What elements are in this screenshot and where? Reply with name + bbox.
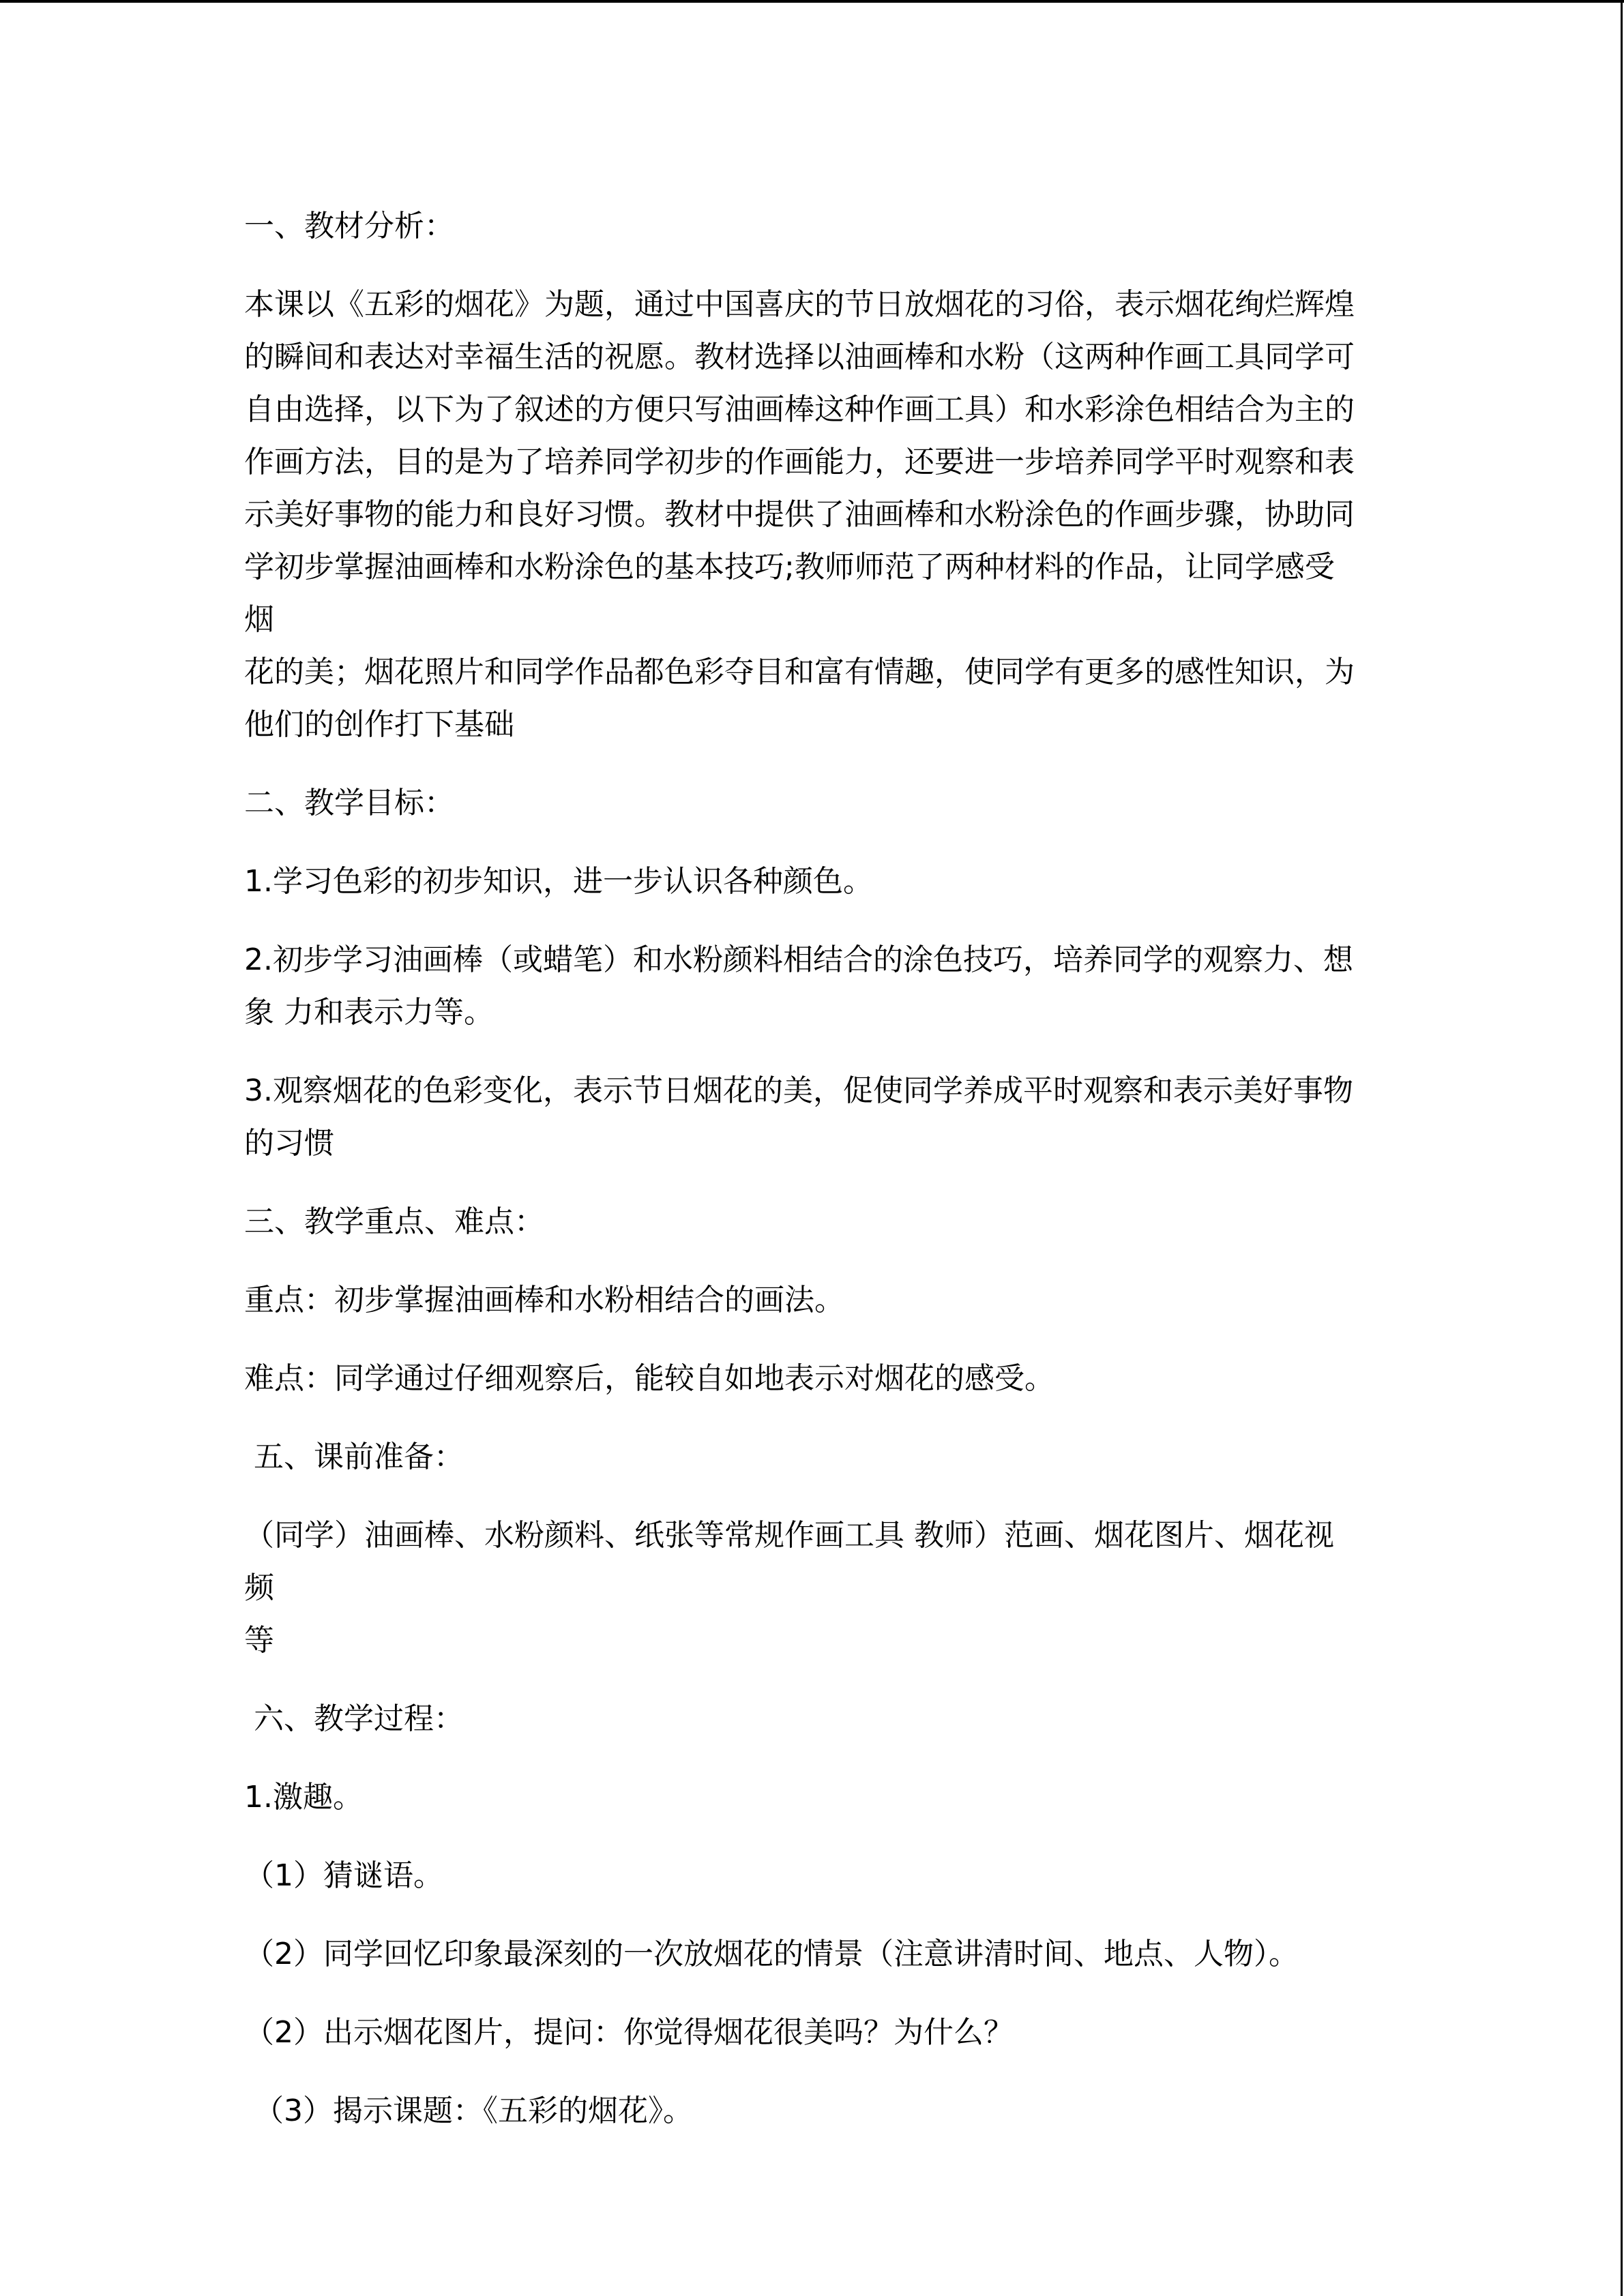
list-item-objective-2: 2.初步学习油画棒（或蜡笔）和水粉颜料相结合的涂色技巧，培养同学的观察力、想 象… xyxy=(244,934,1357,1039)
list-item-process-step-1-3: （3）揭示课题：《五彩的烟花》。 xyxy=(244,2085,1357,2137)
page-right-border xyxy=(1621,0,1623,2296)
section-heading-class-preparation: 五、课前准备： xyxy=(244,1431,1357,1483)
paragraph-key-point: 重点：初步掌握油画棒和水粉相结合的画法。 xyxy=(244,1274,1357,1326)
document-page: { "page": { "background_color": "#ffffff… xyxy=(0,0,1624,2296)
section-heading-key-difficult-points: 三、教学重点、难点： xyxy=(244,1195,1357,1248)
section-heading-material-analysis: 一、教材分析： xyxy=(244,200,1357,252)
section-heading-teaching-objectives: 二、教学目标： xyxy=(244,777,1357,829)
list-item-process-step-1-2b: （2）出示烟花图片，提问：你觉得烟花很美吗？为什么？ xyxy=(244,2006,1357,2059)
list-item-process-step-1-2a: （2）同学回忆印象最深刻的一次放烟花的情景（注意讲清时间、地点、人物）。 xyxy=(244,1928,1357,1980)
section-heading-teaching-process: 六、教学过程： xyxy=(244,1693,1357,1745)
paragraph-material-analysis: 本课以《五彩的烟花》为题，通过中国喜庆的节日放烟花的习俗，表示烟花绚烂辉煌 的瞬… xyxy=(244,278,1357,751)
list-item-process-step-1: 1.激趣。 xyxy=(244,1771,1357,1823)
list-item-process-step-1-1: （1）猜谜语。 xyxy=(244,1849,1357,1902)
document-body: 一、教材分析： 本课以《五彩的烟花》为题，通过中国喜庆的节日放烟花的习俗，表示烟… xyxy=(244,200,1357,2163)
list-item-objective-3: 3.观察烟花的色彩变化，表示节日烟花的美，促使同学养成平时观察和表示美好事物 的… xyxy=(244,1064,1357,1169)
paragraph-preparation-items: （同学）油画棒、水粉颜料、纸张等常规作画工具 教师）范画、烟花图片、烟花视频 等 xyxy=(244,1509,1357,1667)
paragraph-difficult-point: 难点：同学通过仔细观察后，能较自如地表示对烟花的感受。 xyxy=(244,1352,1357,1405)
page-top-border xyxy=(0,0,1624,3)
list-item-objective-1: 1.学习色彩的初步知识，进一步认识各种颜色。 xyxy=(244,855,1357,908)
